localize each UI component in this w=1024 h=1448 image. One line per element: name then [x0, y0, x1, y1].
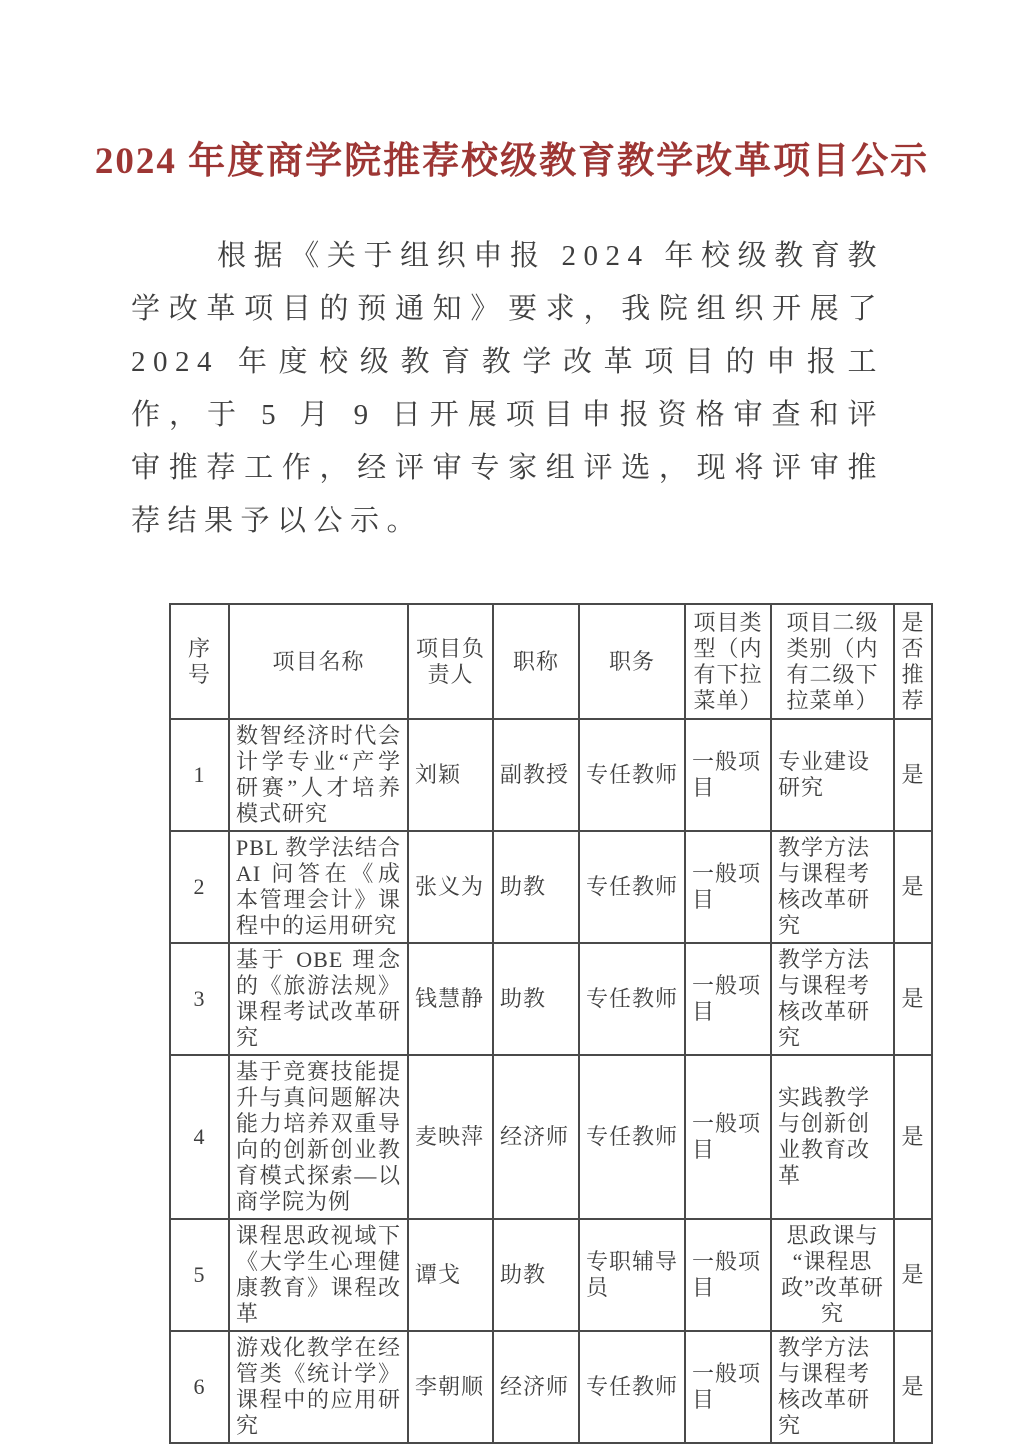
cell-leader: 李朝顺: [408, 1331, 493, 1443]
cell-type: 一般项目: [685, 1331, 771, 1443]
cell-leader: 麦映萍: [408, 1055, 493, 1219]
cell-type: 一般项目: [685, 1055, 771, 1219]
cell-title: 副教授: [493, 719, 579, 831]
cell-project-name: 基于 OBE 理念的《旅游法规》课程考试改革研究: [229, 943, 408, 1055]
cell-category2: 实践教学与创新创业教育改革: [771, 1055, 894, 1219]
col-header-title: 职称: [493, 604, 579, 719]
cell-no: 4: [170, 1055, 229, 1219]
table-row: 2 PBL 教学法结合 AI 问答在《成本管理会计》课程中的运用研究 张义为 助…: [170, 831, 932, 943]
cell-project-name: PBL 教学法结合 AI 问答在《成本管理会计》课程中的运用研究: [229, 831, 408, 943]
cell-no: 3: [170, 943, 229, 1055]
col-header-type: 项目类型（内有下拉菜单）: [685, 604, 771, 719]
cell-recommend: 是: [894, 1219, 932, 1331]
cell-category2: 教学方法与课程考核改革研究: [771, 943, 894, 1055]
cell-position: 专任教师: [579, 943, 685, 1055]
scanned-document-page: 2024 年度商学院推荐校级教育教学改革项目公示 根据《关于组织申报 2024 …: [0, 0, 1024, 1448]
table-row: 1 数智经济时代会计学专业“产学研赛”人才培养模式研究 刘颖 副教授 专任教师 …: [170, 719, 932, 831]
cell-project-name: 课程思政视域下《大学生心理健康教育》课程改革: [229, 1219, 408, 1331]
cell-recommend: 是: [894, 1331, 932, 1443]
cell-project-name: 数智经济时代会计学专业“产学研赛”人才培养模式研究: [229, 719, 408, 831]
cell-category2: 教学方法与课程考核改革研究: [771, 1331, 894, 1443]
table-row: 4 基于竞赛技能提升与真问题解决能力培养双重导向的创新创业教育模式探索—以商学院…: [170, 1055, 932, 1219]
cell-project-name: 基于竞赛技能提升与真问题解决能力培养双重导向的创新创业教育模式探索—以商学院为例: [229, 1055, 408, 1219]
projects-table: 序号 项目名称 项目负责人 职称 职务 项目类型（内有下拉菜单） 项目二级类别（…: [169, 603, 933, 1444]
cell-position: 专任教师: [579, 719, 685, 831]
cell-recommend: 是: [894, 1055, 932, 1219]
col-header-leader: 项目负责人: [408, 604, 493, 719]
col-header-position: 职务: [579, 604, 685, 719]
cell-type: 一般项目: [685, 831, 771, 943]
col-header-project-name: 项目名称: [229, 604, 408, 719]
intro-paragraph: 根据《关于组织申报 2024 年校级教育教学改革项目的预通知》要求，我院组织开展…: [131, 230, 884, 548]
table-header-row: 序号 项目名称 项目负责人 职称 职务 项目类型（内有下拉菜单） 项目二级类别（…: [170, 604, 932, 719]
col-header-recommend: 是否推荐: [894, 604, 932, 719]
cell-position: 专职辅导员: [579, 1219, 685, 1331]
cell-position: 专任教师: [579, 1055, 685, 1219]
cell-leader: 刘颖: [408, 719, 493, 831]
cell-position: 专任教师: [579, 831, 685, 943]
cell-type: 一般项目: [685, 719, 771, 831]
cell-no: 5: [170, 1219, 229, 1331]
document-title: 2024 年度商学院推荐校级教育教学改革项目公示: [0, 0, 1024, 186]
cell-category2: 教学方法与课程考核改革研究: [771, 831, 894, 943]
cell-title: 经济师: [493, 1331, 579, 1443]
cell-leader: 谭戈: [408, 1219, 493, 1331]
table-row: 3 基于 OBE 理念的《旅游法规》课程考试改革研究 钱慧静 助教 专任教师 一…: [170, 943, 932, 1055]
table-row: 6 游戏化教学在经管类《统计学》课程中的应用研究 李朝顺 经济师 专任教师 一般…: [170, 1331, 932, 1443]
cell-leader: 张义为: [408, 831, 493, 943]
cell-position: 专任教师: [579, 1331, 685, 1443]
cell-no: 2: [170, 831, 229, 943]
cell-recommend: 是: [894, 831, 932, 943]
table-row: 5 课程思政视域下《大学生心理健康教育》课程改革 谭戈 助教 专职辅导员 一般项…: [170, 1219, 932, 1331]
cell-category2: 思政课与“课程思政”改革研究: [771, 1219, 894, 1331]
cell-title: 助教: [493, 831, 579, 943]
col-header-category2: 项目二级类别（内有二级下拉菜单）: [771, 604, 894, 719]
cell-category2: 专业建设研究: [771, 719, 894, 831]
cell-type: 一般项目: [685, 1219, 771, 1331]
col-header-no: 序号: [170, 604, 229, 719]
cell-title: 助教: [493, 943, 579, 1055]
cell-no: 6: [170, 1331, 229, 1443]
cell-recommend: 是: [894, 719, 932, 831]
cell-recommend: 是: [894, 943, 932, 1055]
cell-title: 助教: [493, 1219, 579, 1331]
cell-type: 一般项目: [685, 943, 771, 1055]
cell-title: 经济师: [493, 1055, 579, 1219]
cell-project-name: 游戏化教学在经管类《统计学》课程中的应用研究: [229, 1331, 408, 1443]
cell-leader: 钱慧静: [408, 943, 493, 1055]
cell-no: 1: [170, 719, 229, 831]
